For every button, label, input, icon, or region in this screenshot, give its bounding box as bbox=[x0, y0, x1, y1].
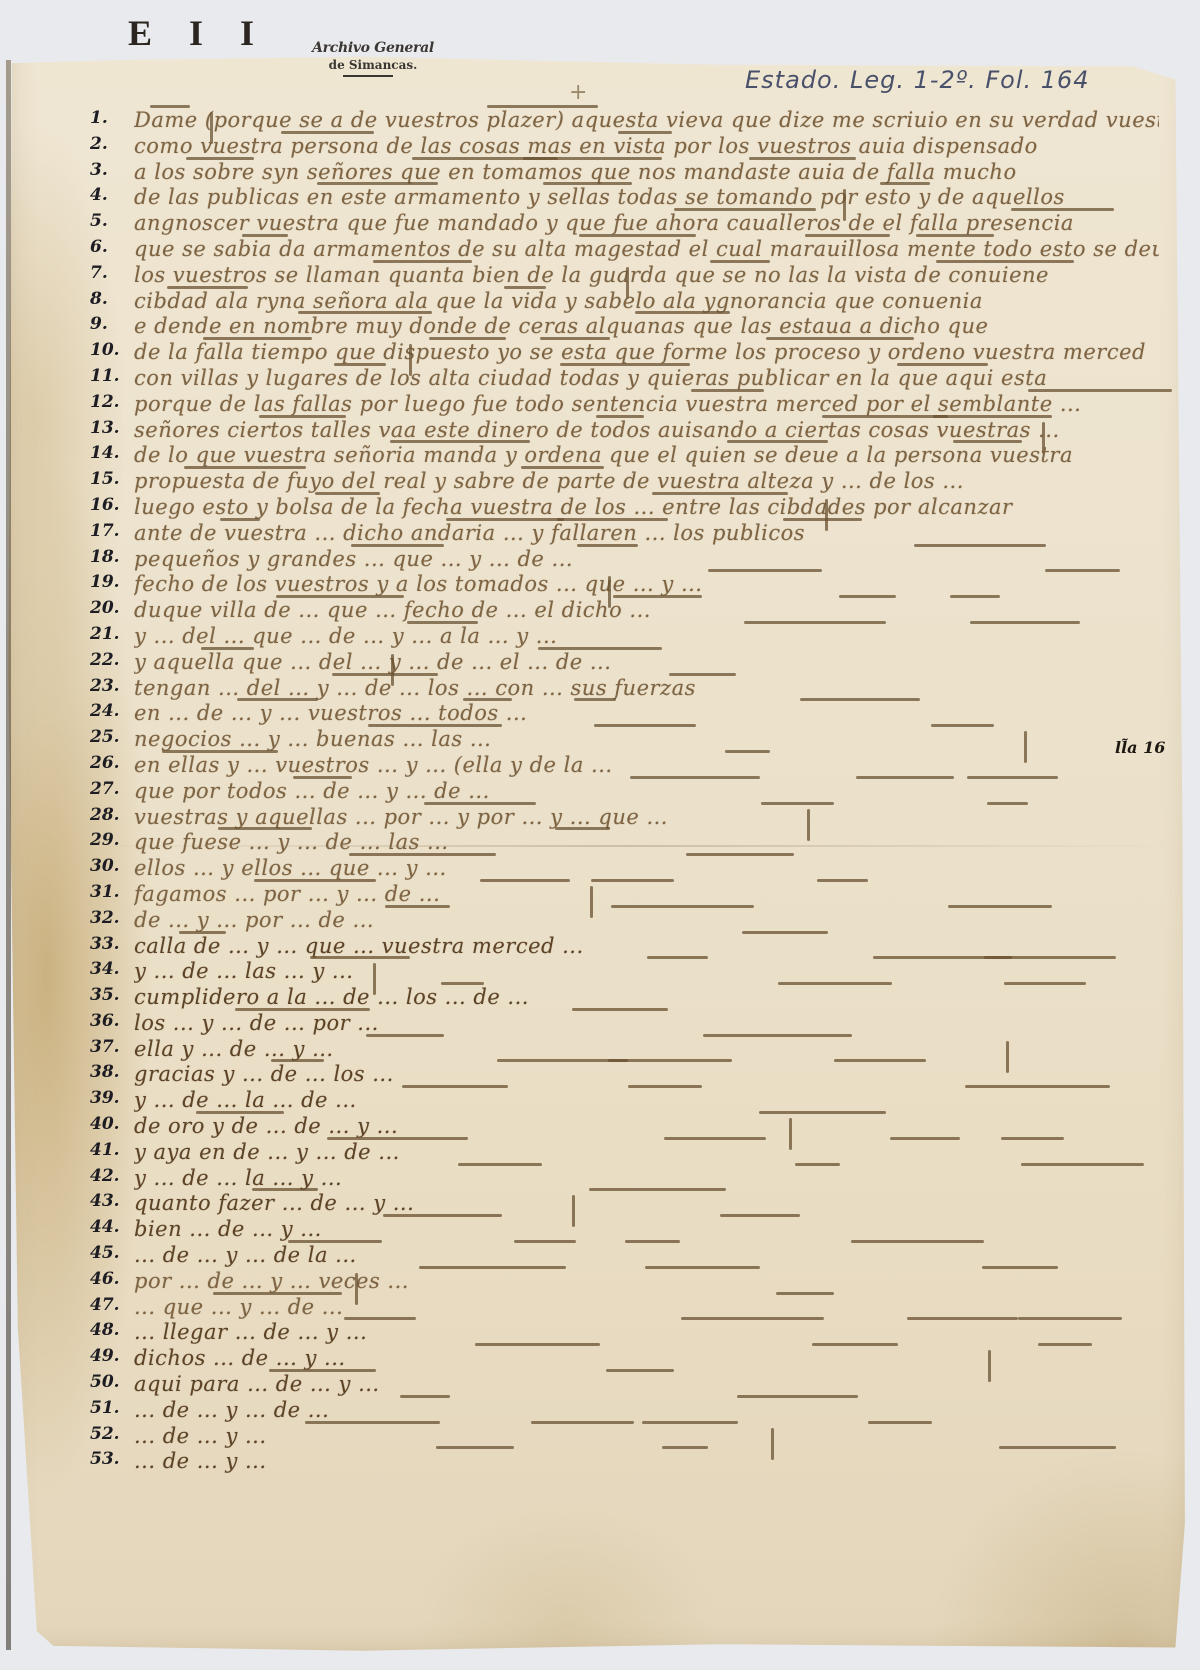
line-number: 11. bbox=[90, 366, 134, 386]
abbreviation-stroke bbox=[385, 905, 450, 908]
abbreviation-stroke bbox=[281, 131, 374, 134]
abbreviation-stroke bbox=[710, 260, 770, 263]
abbreviation-stroke bbox=[749, 157, 856, 160]
abbreviation-stroke bbox=[424, 802, 536, 805]
abbreviation-stroke bbox=[642, 1421, 738, 1424]
abbreviation-stroke bbox=[1011, 208, 1114, 211]
abbreviation-stroke bbox=[783, 518, 862, 521]
line-number: 37. bbox=[90, 1037, 134, 1057]
abbreviation-stroke bbox=[897, 363, 988, 366]
line-number: 18. bbox=[90, 547, 134, 567]
abbreviation-stroke bbox=[907, 1317, 1018, 1320]
line-number: 1. bbox=[90, 108, 134, 128]
abbreviation-stroke bbox=[936, 260, 1074, 263]
abbreviation-stroke bbox=[203, 337, 312, 340]
line-number: 7. bbox=[90, 263, 134, 283]
manuscript-line: 27.que por todos ... de ... y ... de ... bbox=[90, 779, 1170, 805]
abbreviation-stroke bbox=[242, 234, 288, 237]
line-number: 32. bbox=[90, 908, 134, 928]
abbreviation-stroke bbox=[390, 440, 530, 443]
abbreviation-stroke bbox=[543, 182, 632, 185]
abbreviation-stroke bbox=[521, 466, 604, 469]
abbreviation-stroke bbox=[647, 956, 708, 959]
line-number: 20. bbox=[90, 598, 134, 618]
line-text: de las publicas en este armamento y sell… bbox=[134, 185, 1159, 209]
line-number: 43. bbox=[90, 1191, 134, 1211]
manuscript-line: 22.y aquella que ... del ... y ... de ..… bbox=[90, 650, 1170, 676]
line-number: 19. bbox=[90, 572, 134, 592]
line-text: porque de las fallas por luego fue todo … bbox=[134, 392, 1159, 416]
abbreviation-stroke bbox=[480, 879, 570, 882]
manuscript-line: 18.pequeños y grandes ... que ... y ... … bbox=[90, 547, 1170, 573]
manuscript-line: 1.Dame (porque se a de vuestros plazer) … bbox=[90, 108, 1170, 134]
line-number: 51. bbox=[90, 1398, 134, 1418]
line-text: fagamos ... por ... y ... de ... bbox=[134, 882, 1159, 906]
line-text: cibdad ala ryna señora ala que la vida y… bbox=[134, 289, 1159, 313]
line-text: pequeños y grandes ... que ... y ... de … bbox=[134, 547, 1159, 571]
line-text: que se sabia da armamentos de su alta ma… bbox=[134, 237, 1159, 261]
abbreviation-stroke bbox=[373, 260, 472, 263]
line-text: y ... del ... que ... de ... y ... a la … bbox=[134, 624, 1159, 648]
line-text: e dende en nombre muy donde de ceras alq… bbox=[134, 314, 1159, 338]
abbreviation-stroke bbox=[645, 1266, 760, 1269]
abbreviation-stroke bbox=[402, 1085, 508, 1088]
abbreviation-stroke bbox=[982, 1266, 1058, 1269]
abbreviation-stroke bbox=[504, 286, 546, 289]
line-text: y aya en de ... y ... de ... bbox=[134, 1140, 1159, 1164]
abbreviation-stroke bbox=[1001, 1137, 1064, 1140]
abbreviation-stroke bbox=[596, 415, 644, 418]
abbreviation-stroke bbox=[531, 1421, 634, 1424]
manuscript-line: 17.ante de vuestra ... dicho andaria ...… bbox=[90, 521, 1170, 547]
manuscript-line: 36.los ... y ... de ... por ... bbox=[90, 1011, 1170, 1037]
line-text: ... de ... y ... bbox=[134, 1449, 1159, 1473]
abbreviation-stroke bbox=[429, 337, 506, 340]
line-text: vuestras y aquellas ... por ... y por ..… bbox=[134, 805, 1159, 829]
abbreviation-stroke bbox=[839, 595, 896, 598]
abbreviation-stroke bbox=[540, 337, 610, 340]
abbreviation-stroke bbox=[317, 182, 438, 185]
manuscript-line: 6.que se sabia da armamentos de su alta … bbox=[90, 237, 1170, 263]
manuscript-line: 51.... de ... y ... de ... bbox=[90, 1398, 1170, 1424]
line-number: 44. bbox=[90, 1217, 134, 1237]
abbreviation-stroke bbox=[383, 1214, 502, 1217]
line-number: 16. bbox=[90, 495, 134, 515]
printed-mark: E I I bbox=[128, 12, 268, 54]
abbreviation-stroke bbox=[487, 105, 598, 108]
abbreviation-stroke bbox=[628, 1085, 702, 1088]
abbreviation-stroke bbox=[1045, 569, 1120, 572]
line-number: 3. bbox=[90, 160, 134, 180]
abbreviation-stroke bbox=[664, 1137, 766, 1140]
line-number: 22. bbox=[90, 650, 134, 670]
marginal-note: ll̃a 16 bbox=[1115, 738, 1165, 757]
abbreviation-stroke bbox=[446, 518, 564, 521]
abbreviation-stroke bbox=[315, 492, 380, 495]
line-text: calla de ... y ... que ... vuestra merce… bbox=[134, 934, 1159, 958]
abbreviation-stroke bbox=[276, 595, 404, 598]
line-number: 4. bbox=[90, 185, 134, 205]
abbreviation-stroke bbox=[720, 1214, 800, 1217]
line-number: 8. bbox=[90, 289, 134, 309]
abbreviation-stroke bbox=[984, 956, 1116, 959]
line-number: 28. bbox=[90, 805, 134, 825]
manuscript-line: 50.aqui para ... de ... y ... bbox=[90, 1372, 1170, 1398]
abbreviation-stroke bbox=[254, 879, 376, 882]
stamp-line-1: Archivo General bbox=[298, 40, 448, 56]
line-number: 38. bbox=[90, 1062, 134, 1082]
abbreviation-stroke bbox=[201, 647, 254, 650]
manuscript-line: 4.de las publicas en este armamento y se… bbox=[90, 185, 1170, 211]
abbreviation-stroke bbox=[817, 879, 868, 882]
line-text: tengan ... del ... y ... de ... los ... … bbox=[134, 676, 1159, 700]
abbreviation-stroke bbox=[218, 827, 312, 830]
line-number: 14. bbox=[90, 443, 134, 463]
abbreviation-stroke bbox=[407, 621, 478, 624]
abbreviation-stroke bbox=[458, 1163, 542, 1166]
abbreviation-stroke bbox=[288, 1240, 382, 1243]
abbreviation-stroke bbox=[269, 1369, 376, 1372]
line-number: 9. bbox=[90, 314, 134, 334]
abbreviation-stroke bbox=[708, 569, 822, 572]
abbreviation-stroke bbox=[220, 518, 260, 521]
abbreviation-stroke bbox=[914, 544, 1046, 547]
abbreviation-stroke bbox=[213, 1292, 342, 1295]
manuscript-line: 41.y aya en de ... y ... de ... bbox=[90, 1140, 1170, 1166]
abbreviation-stroke bbox=[669, 673, 736, 676]
line-text: por ... de ... y ... veces ... bbox=[134, 1269, 1159, 1293]
abbreviation-stroke bbox=[652, 492, 788, 495]
abbreviation-stroke bbox=[594, 724, 696, 727]
abbreviation-stroke bbox=[761, 802, 834, 805]
line-number: 30. bbox=[90, 856, 134, 876]
abbreviation-stroke bbox=[237, 698, 318, 701]
line-text: en ... de ... y ... vuestros ... todos .… bbox=[134, 701, 1159, 725]
line-number: 34. bbox=[90, 959, 134, 979]
abbreviation-stroke bbox=[856, 776, 954, 779]
line-number: 5. bbox=[90, 211, 134, 231]
abbreviation-stroke bbox=[737, 1395, 858, 1398]
abbreviation-stroke bbox=[868, 1421, 932, 1424]
line-text: de lo que vuestra señoria manda y ordena… bbox=[134, 443, 1159, 467]
line-text: luego esto y bolsa de la fecha vuestra d… bbox=[134, 495, 1159, 519]
line-text: gracias y ... de ... los ... bbox=[134, 1062, 1159, 1086]
abbreviation-stroke bbox=[259, 415, 346, 418]
line-number: 29. bbox=[90, 830, 134, 850]
line-text: y aquella que ... del ... y ... de ... e… bbox=[134, 650, 1159, 674]
abbreviation-stroke bbox=[970, 621, 1080, 624]
abbreviation-stroke bbox=[538, 647, 662, 650]
line-text: como vuestra persona de las cosas mas en… bbox=[134, 134, 1159, 158]
line-text: ellos ... y ellos ... que ... y ... bbox=[134, 856, 1159, 880]
abbreviation-stroke bbox=[744, 621, 886, 624]
line-text: quanto fazer ... de ... y ... bbox=[134, 1191, 1159, 1215]
abbreviation-stroke bbox=[1021, 1163, 1144, 1166]
line-text: ante de vuestra ... dicho andaria ... y … bbox=[134, 521, 1159, 545]
abbreviation-stroke bbox=[851, 1240, 984, 1243]
abbreviation-stroke bbox=[725, 750, 770, 753]
abbreviation-stroke bbox=[368, 724, 502, 727]
abbreviation-stroke bbox=[931, 724, 994, 727]
abbreviation-stroke bbox=[795, 1163, 840, 1166]
abbreviation-stroke bbox=[332, 673, 438, 676]
line-text: de ... y ... por ... de ... bbox=[134, 908, 1159, 932]
abbreviation-stroke bbox=[557, 518, 668, 521]
line-text: Dame (porque se a de vuestros plazer) aq… bbox=[134, 108, 1159, 132]
line-text: dichos ... de ... y ... bbox=[134, 1346, 1159, 1370]
page-edge-shadow bbox=[6, 60, 11, 1650]
line-text: con villas y lugares de los alta ciudad … bbox=[134, 366, 1159, 390]
abbreviation-stroke bbox=[419, 1266, 566, 1269]
line-text: los ... y ... de ... por ... bbox=[134, 1011, 1159, 1035]
abbreviation-stroke bbox=[574, 698, 616, 701]
line-number: 49. bbox=[90, 1346, 134, 1366]
abbreviation-stroke bbox=[674, 208, 816, 211]
line-text: que fuese ... y ... de ... las ... bbox=[134, 830, 1159, 854]
abbreviation-stroke bbox=[235, 1008, 370, 1011]
abbreviation-stroke bbox=[965, 1085, 1110, 1088]
line-number: 33. bbox=[90, 934, 134, 954]
line-number: 13. bbox=[90, 418, 134, 438]
abbreviation-stroke bbox=[293, 776, 352, 779]
line-number: 47. bbox=[90, 1295, 134, 1315]
line-number: 52. bbox=[90, 1424, 134, 1444]
abbreviation-stroke bbox=[150, 105, 190, 108]
line-number: 53. bbox=[90, 1449, 134, 1469]
abbreviation-stroke bbox=[184, 466, 306, 469]
abbreviation-stroke bbox=[327, 1137, 468, 1140]
manuscript-line: 15.propuesta de fuyo del real y sabre de… bbox=[90, 469, 1170, 495]
manuscript-line: 16.luego esto y bolsa de la fecha vuestr… bbox=[90, 495, 1170, 521]
abbreviation-stroke bbox=[759, 1111, 886, 1114]
abbreviation-stroke bbox=[999, 1446, 1116, 1449]
line-text: y ... de ... la ... de ... bbox=[134, 1088, 1159, 1112]
manuscript-line: 53.... de ... y ... bbox=[90, 1449, 1170, 1475]
line-number: 46. bbox=[90, 1269, 134, 1289]
manuscript-line: 21.y ... del ... que ... de ... y ... a … bbox=[90, 624, 1170, 650]
abbreviation-stroke bbox=[572, 1008, 668, 1011]
abbreviation-stroke bbox=[186, 157, 254, 160]
line-text: en ellas y ... vuestros ... y ... (ella … bbox=[134, 753, 1159, 777]
manuscript-line: 48.... llegar ... de ... y ... bbox=[90, 1320, 1170, 1346]
abbreviation-stroke bbox=[400, 1395, 450, 1398]
manuscript-line: 31.fagamos ... por ... y ... de ... bbox=[90, 882, 1170, 908]
line-number: 12. bbox=[90, 392, 134, 412]
manuscript-line: 32.de ... y ... por ... de ... bbox=[90, 908, 1170, 934]
abbreviation-stroke bbox=[1004, 982, 1086, 985]
abbreviation-stroke bbox=[662, 1446, 708, 1449]
line-number: 2. bbox=[90, 134, 134, 154]
manuscript-line: 26.en ellas y ... vuestros ... y ... (el… bbox=[90, 753, 1170, 779]
abbreviation-stroke bbox=[463, 698, 512, 701]
abbreviation-stroke bbox=[196, 1111, 284, 1114]
abbreviation-stroke bbox=[778, 982, 892, 985]
cross-mark-icon: + bbox=[569, 80, 587, 105]
line-number: 35. bbox=[90, 985, 134, 1005]
abbreviation-stroke bbox=[625, 1240, 680, 1243]
line-text: de la falla tiempo que dispuesto yo se e… bbox=[134, 340, 1159, 364]
manuscript-line: 29.que fuese ... y ... de ... las ... bbox=[90, 830, 1170, 856]
line-number: 24. bbox=[90, 701, 134, 721]
abbreviation-stroke bbox=[366, 1034, 444, 1037]
abbreviation-stroke bbox=[436, 1446, 514, 1449]
line-number: 36. bbox=[90, 1011, 134, 1031]
abbreviation-stroke bbox=[162, 750, 278, 753]
abbreviation-stroke bbox=[635, 311, 730, 314]
abbreviation-stroke bbox=[514, 1240, 576, 1243]
manuscript-text-block: 1.Dame (porque se a de vuestros plazer) … bbox=[90, 108, 1170, 1475]
manuscript-line: 45.... de ... y ... de la ... bbox=[90, 1243, 1170, 1269]
abbreviation-stroke bbox=[950, 595, 1000, 598]
line-number: 45. bbox=[90, 1243, 134, 1263]
line-text: propuesta de fuyo del real y sabre de pa… bbox=[134, 469, 1159, 493]
abbreviation-stroke bbox=[703, 1034, 852, 1037]
abbreviation-stroke bbox=[334, 363, 386, 366]
line-number: 25. bbox=[90, 727, 134, 747]
line-text: y ... de ... las ... y ... bbox=[134, 959, 1159, 983]
abbreviation-stroke bbox=[577, 544, 638, 547]
line-text: los vuestros se llaman quanta bien de la… bbox=[134, 263, 1159, 287]
abbreviation-stroke bbox=[890, 1137, 960, 1140]
abbreviation-stroke bbox=[691, 389, 764, 392]
abbreviation-stroke bbox=[987, 802, 1028, 805]
abbreviation-stroke bbox=[344, 1317, 416, 1320]
line-number: 27. bbox=[90, 779, 134, 799]
manuscript-line: 46.por ... de ... y ... veces ... bbox=[90, 1269, 1170, 1295]
manuscript-line: 12.porque de las fallas por luego fue to… bbox=[90, 392, 1170, 418]
line-text: ... de ... y ... de la ... bbox=[134, 1243, 1159, 1267]
abbreviation-stroke bbox=[776, 1292, 834, 1295]
line-number: 10. bbox=[90, 340, 134, 360]
abbreviation-stroke bbox=[800, 698, 920, 701]
line-number: 21. bbox=[90, 624, 134, 644]
line-text: negocios ... y ... buenas ... las ... bbox=[134, 727, 1159, 751]
abbreviation-stroke bbox=[613, 595, 702, 598]
abbreviation-stroke bbox=[681, 1317, 824, 1320]
abbreviation-stroke bbox=[1018, 1317, 1122, 1320]
abbreviation-stroke bbox=[948, 905, 1052, 908]
manuscript-line: 11.con villas y lugares de los alta ciud… bbox=[90, 366, 1170, 392]
line-number: 39. bbox=[90, 1088, 134, 1108]
abbreviation-stroke bbox=[591, 879, 674, 882]
manuscript-line: 2.como vuestra persona de las cosas mas … bbox=[90, 134, 1170, 160]
line-text: bien ... de ... y ... bbox=[134, 1217, 1159, 1241]
line-text: angnoscer vuestra que fue mandado y que … bbox=[134, 211, 1159, 235]
abbreviation-stroke bbox=[630, 776, 760, 779]
line-text: señores ciertos talles vaa este dinero d… bbox=[134, 418, 1159, 442]
abbreviation-stroke bbox=[305, 1421, 440, 1424]
abbreviation-stroke bbox=[310, 956, 410, 959]
line-text: ... que ... y ... de ... bbox=[134, 1295, 1159, 1319]
abbreviation-stroke bbox=[967, 776, 1058, 779]
abbreviation-stroke bbox=[805, 234, 890, 237]
abbreviation-stroke bbox=[441, 982, 484, 985]
line-text: duque villa de ... que ... fecho de ... … bbox=[134, 598, 1159, 622]
line-text: a los sobre syn señores que en tomamos q… bbox=[134, 160, 1159, 184]
line-text: ... de ... y ... bbox=[134, 1424, 1159, 1448]
abbreviation-stroke bbox=[606, 1369, 674, 1372]
line-number: 26. bbox=[90, 753, 134, 773]
line-text: aqui para ... de ... y ... bbox=[134, 1372, 1159, 1396]
abbreviation-stroke bbox=[880, 182, 930, 185]
abbreviation-stroke bbox=[1038, 1343, 1092, 1346]
abbreviation-stroke bbox=[812, 1343, 898, 1346]
abbreviation-stroke bbox=[179, 931, 226, 934]
abbreviation-stroke bbox=[933, 415, 1052, 418]
abbreviation-stroke bbox=[349, 853, 496, 856]
line-text: ... de ... y ... de ... bbox=[134, 1398, 1159, 1422]
manuscript-line: 8.cibdad ala ryna señora ala que la vida… bbox=[90, 289, 1170, 315]
stamp-line-2: de Simancas. bbox=[298, 58, 448, 72]
archive-stamp: Archivo General de Simancas. bbox=[298, 40, 448, 77]
abbreviation-stroke bbox=[555, 827, 610, 830]
stamp-underline bbox=[343, 75, 393, 77]
abbreviation-stroke bbox=[298, 311, 432, 314]
line-text: cumplidero a la ... de ... los ... de ..… bbox=[134, 985, 1159, 1009]
line-number: 17. bbox=[90, 521, 134, 541]
archival-reference: Estado. Leg. 1-2º. Fol. 164 bbox=[745, 66, 1090, 94]
abbreviation-stroke bbox=[822, 415, 948, 418]
abbreviation-stroke bbox=[727, 440, 828, 443]
abbreviation-stroke bbox=[351, 544, 444, 547]
line-number: 15. bbox=[90, 469, 134, 489]
line-text: fecho de los vuestros y a los tomados ..… bbox=[134, 572, 1159, 596]
line-number: 40. bbox=[90, 1114, 134, 1134]
line-number: 31. bbox=[90, 882, 134, 902]
abbreviation-stroke bbox=[579, 234, 696, 237]
line-number: 41. bbox=[90, 1140, 134, 1160]
abbreviation-stroke bbox=[618, 131, 672, 134]
abbreviation-stroke bbox=[523, 157, 662, 160]
line-number: 48. bbox=[90, 1320, 134, 1340]
abbreviation-stroke bbox=[916, 234, 994, 237]
abbreviation-stroke bbox=[953, 440, 1022, 443]
manuscript-line: 43.quanto fazer ... de ... y ... bbox=[90, 1191, 1170, 1217]
abbreviation-stroke bbox=[686, 853, 794, 856]
line-number: 6. bbox=[90, 237, 134, 257]
line-text: ... llegar ... de ... y ... bbox=[134, 1320, 1159, 1344]
abbreviation-stroke bbox=[560, 363, 690, 366]
abbreviation-stroke bbox=[766, 337, 914, 340]
line-text: y ... de ... la ... y ... bbox=[134, 1166, 1159, 1190]
line-text: que por todos ... de ... y ... de ... bbox=[134, 779, 1159, 803]
line-number: 23. bbox=[90, 676, 134, 696]
abbreviation-stroke bbox=[167, 286, 248, 289]
abbreviation-stroke bbox=[611, 905, 754, 908]
line-text: de oro y de ... de ... y ... bbox=[134, 1114, 1159, 1138]
abbreviation-stroke bbox=[1028, 389, 1172, 392]
line-number: 50. bbox=[90, 1372, 134, 1392]
abbreviation-stroke bbox=[742, 931, 828, 934]
manuscript-line: 7.los vuestros se llaman quanta bien de … bbox=[90, 263, 1170, 289]
line-number: 42. bbox=[90, 1166, 134, 1186]
abbreviation-stroke bbox=[475, 1343, 600, 1346]
